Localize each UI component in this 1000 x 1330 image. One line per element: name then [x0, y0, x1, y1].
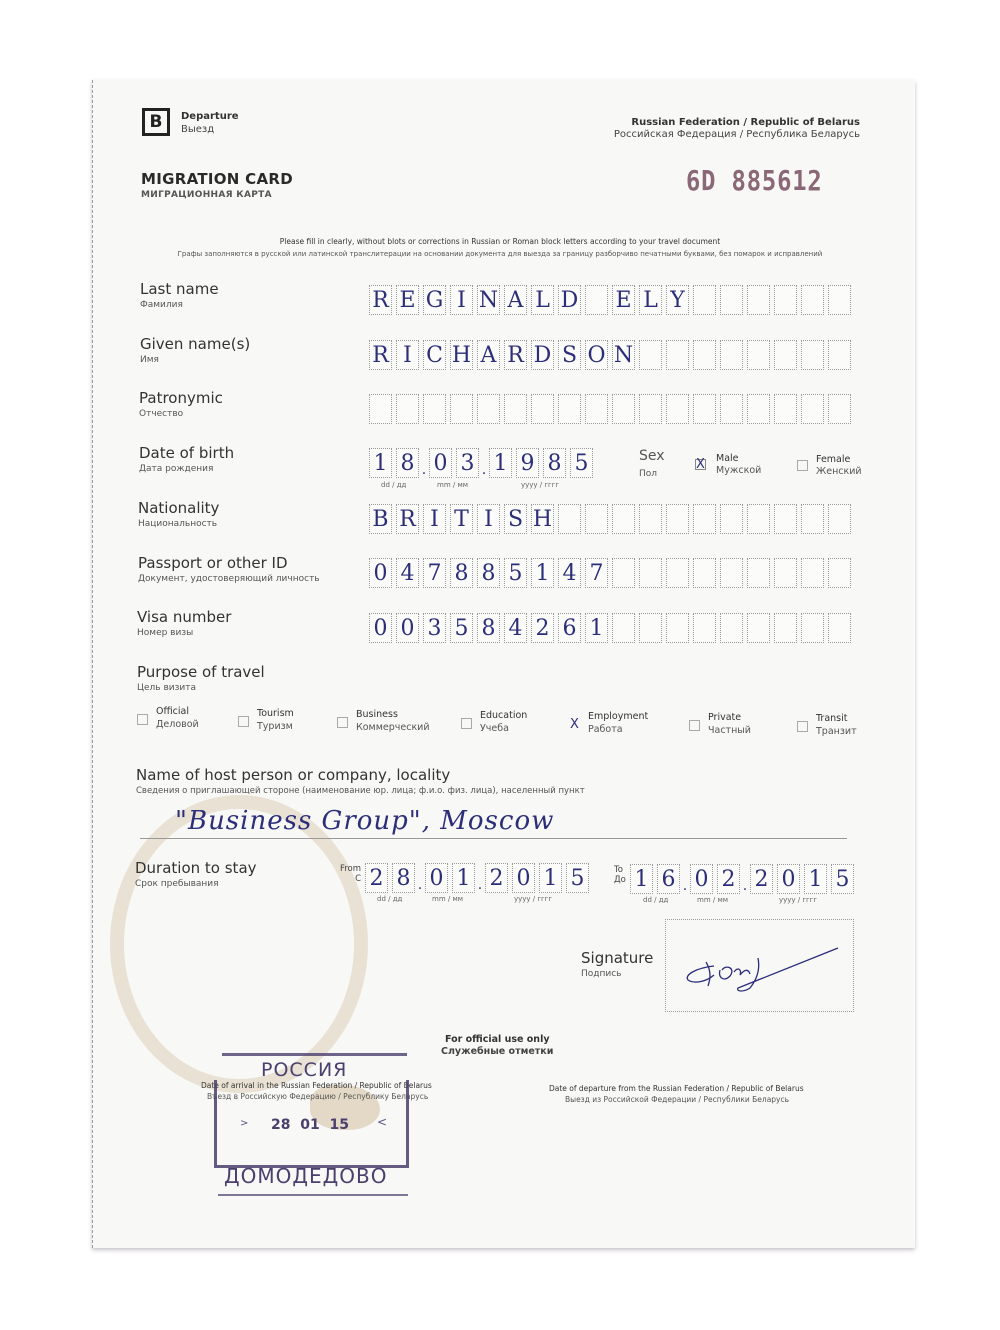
char-cell[interactable]: 2 [531, 613, 554, 643]
female-label: Female [816, 454, 850, 465]
patronymic-label-ru: Отчество [139, 409, 223, 419]
purpose-label-employment: Employment [588, 711, 648, 722]
to-label-group: To До [614, 865, 626, 885]
purpose-label-ru-private: Частный [708, 725, 751, 736]
from-label-ru: С [337, 874, 361, 884]
char-cell[interactable] [639, 558, 662, 588]
char-cell[interactable]: 2 [485, 863, 508, 893]
char-cell[interactable] [801, 504, 824, 534]
char-cell[interactable] [585, 504, 608, 534]
to-day[interactable]: 16 [630, 864, 684, 894]
sex-label: Sex [639, 448, 665, 464]
from-month-format: mm / мм [432, 895, 463, 903]
char-cell[interactable]: 5 [570, 448, 593, 478]
purpose-label-group: Purpose of travel Цель визита [137, 663, 265, 693]
to-date-field[interactable]: 16 . 02 . 2015 [630, 864, 858, 894]
char-cell[interactable]: G [423, 285, 446, 315]
char-cell[interactable] [558, 504, 581, 534]
char-cell[interactable]: L [639, 285, 662, 315]
x-mark-icon: X [696, 458, 705, 471]
char-cell[interactable] [747, 504, 770, 534]
char-cell[interactable]: 7 [423, 558, 446, 588]
char-cell[interactable] [612, 558, 635, 588]
date-separator: . [742, 864, 748, 894]
char-cell[interactable] [774, 504, 797, 534]
char-cell[interactable] [774, 613, 797, 643]
char-cell[interactable]: N [477, 285, 500, 315]
char-cell[interactable]: D [558, 285, 581, 315]
purpose-label-transit: Transit [816, 713, 847, 724]
stamp-country: РОССИЯ [261, 1059, 347, 1081]
char-cell[interactable] [774, 340, 797, 370]
char-cell[interactable] [450, 394, 473, 424]
char-cell[interactable]: 8 [543, 448, 566, 478]
char-cell[interactable] [477, 394, 500, 424]
visa-label: Visa number [137, 608, 231, 626]
char-cell[interactable] [828, 613, 851, 643]
char-cell[interactable]: 1 [804, 864, 827, 894]
signature-scrawl-icon [666, 920, 855, 1013]
patronymic-label-group: Patronymic Отчество [139, 389, 223, 419]
char-cell[interactable]: 5 [504, 558, 527, 588]
char-cell[interactable] [801, 340, 824, 370]
page-title-ru: МИГРАЦИОННАЯ КАРТА [141, 190, 272, 200]
duration-label-ru: Срок пребывания [135, 879, 257, 889]
patronymic-field[interactable] [369, 394, 855, 424]
char-cell[interactable] [828, 504, 851, 534]
char-cell[interactable] [612, 613, 635, 643]
from-date-field[interactable]: 28 . 01 . 2015 [365, 863, 593, 893]
purpose-label-official: Official [156, 706, 189, 717]
to-day-format: dd / дд [643, 896, 668, 904]
char-cell[interactable] [693, 613, 716, 643]
char-cell[interactable]: R [369, 340, 392, 370]
dob-day[interactable]: 18 [369, 448, 423, 478]
purpose-label-ru-transit: Транзит [816, 726, 857, 737]
host-underline [140, 838, 847, 839]
departure-label-ru: Выезд из Российской Федерации / Республи… [565, 1095, 789, 1104]
char-cell[interactable]: 0 [369, 613, 392, 643]
from-year[interactable]: 2015 [485, 863, 593, 893]
char-cell[interactable]: 9 [516, 448, 539, 478]
dob-year[interactable]: 1985 [489, 448, 597, 478]
char-cell[interactable] [747, 340, 770, 370]
char-cell[interactable]: 0 [429, 448, 452, 478]
to-month[interactable]: 02 [690, 864, 744, 894]
char-cell[interactable] [639, 504, 662, 534]
char-cell[interactable]: I [477, 504, 500, 534]
sex-label-ru: Пол [639, 469, 657, 479]
char-cell[interactable] [801, 394, 824, 424]
purpose-checkbox-tourism[interactable] [238, 716, 249, 727]
purpose-label-business: Business [356, 709, 398, 720]
last-name-label-group: Last name Фамилия [140, 280, 219, 310]
male-checkbox[interactable]: X [695, 459, 706, 470]
char-cell[interactable]: R [504, 340, 527, 370]
last-name-label-ru: Фамилия [140, 300, 219, 310]
purpose-checkbox-official[interactable] [137, 714, 148, 725]
char-cell[interactable] [639, 394, 662, 424]
char-cell[interactable] [693, 504, 716, 534]
char-cell[interactable] [693, 558, 716, 588]
char-cell[interactable] [828, 340, 851, 370]
host-label-group: Name of host person or company, locality… [136, 766, 585, 796]
from-label: From [337, 864, 361, 874]
char-cell[interactable]: 1 [369, 448, 392, 478]
char-cell[interactable] [585, 285, 608, 315]
direction-label-ru: Выезд [181, 124, 214, 135]
nationality-label: Nationality [138, 499, 219, 517]
char-cell[interactable]: 3 [456, 448, 479, 478]
dob-month[interactable]: 03 [429, 448, 483, 478]
char-cell[interactable] [720, 504, 743, 534]
char-cell[interactable]: E [396, 285, 419, 315]
host-label-ru: Сведения о приглашающей стороне (наимено… [136, 786, 585, 796]
instructions: Please fill in clearly, without blots or… [0, 237, 1000, 246]
char-cell[interactable] [828, 394, 851, 424]
char-cell[interactable] [693, 340, 716, 370]
char-cell[interactable]: 2 [750, 864, 773, 894]
char-cell[interactable]: R [396, 504, 419, 534]
purpose-label-private: Private [708, 712, 741, 723]
char-cell[interactable]: 0 [369, 558, 392, 588]
char-cell[interactable] [666, 613, 689, 643]
coffee-stain [110, 795, 368, 1093]
char-cell[interactable] [774, 394, 797, 424]
char-cell[interactable]: 4 [396, 558, 419, 588]
signature-label-group: Signature Подпись [581, 949, 653, 979]
char-cell[interactable] [639, 613, 662, 643]
purpose-label-ru: Цель визита [137, 683, 265, 693]
nationality-label-group: Nationality Национальность [138, 499, 219, 529]
char-cell[interactable]: B [369, 504, 392, 534]
departure-label: Date of departure from the Russian Feder… [549, 1084, 804, 1093]
char-cell[interactable] [801, 558, 824, 588]
char-cell[interactable]: 6 [657, 864, 680, 894]
signature-label: Signature [581, 949, 653, 967]
from-year-format: yyyy / гггг [514, 895, 552, 903]
stamp-bottom-line [218, 1194, 408, 1196]
char-cell[interactable]: L [531, 285, 554, 315]
char-cell[interactable] [423, 394, 446, 424]
char-cell[interactable]: N [612, 340, 635, 370]
char-cell[interactable]: 8 [396, 448, 419, 478]
char-cell[interactable] [504, 394, 527, 424]
nationality-field[interactable]: BRITISH [369, 504, 855, 534]
char-cell[interactable] [666, 558, 689, 588]
from-month[interactable]: 01 [425, 863, 479, 893]
char-cell[interactable]: A [504, 285, 527, 315]
given-name-label-ru: Имя [140, 355, 250, 365]
male-label-ru: Мужской [716, 465, 761, 476]
patronymic-label: Patronymic [139, 389, 223, 407]
char-cell[interactable] [639, 340, 662, 370]
char-cell[interactable] [747, 613, 770, 643]
visa-field[interactable]: 003584261 [369, 613, 855, 643]
dob-month-format: mm / мм [437, 481, 468, 489]
char-cell[interactable] [666, 394, 689, 424]
serial-number: 6D 885612 [686, 164, 823, 197]
char-cell[interactable]: 2 [365, 863, 388, 893]
char-cell[interactable] [801, 613, 824, 643]
char-cell[interactable] [666, 340, 689, 370]
purpose-label-ru-official: Деловой [156, 719, 199, 730]
departure-logo: B [142, 108, 170, 136]
dob-field[interactable]: 18 . 03 . 1985 [369, 448, 597, 478]
dob-day-format: dd / дд [381, 481, 406, 489]
char-cell[interactable]: R [369, 285, 392, 315]
direction-label: Departure [181, 111, 239, 122]
dob-year-format: yyyy / гггг [521, 481, 559, 489]
char-cell[interactable]: H [450, 340, 473, 370]
male-label: Male [716, 453, 739, 464]
dob-label-ru: Дата рождения [139, 464, 234, 474]
char-cell[interactable]: 8 [450, 558, 473, 588]
char-cell[interactable]: 5 [566, 863, 589, 893]
char-cell[interactable] [801, 285, 824, 315]
char-cell[interactable]: 5 [831, 864, 854, 894]
from-label-group: From С [337, 864, 361, 884]
female-label-ru: Женский [816, 466, 862, 477]
country-label-ru: Российская Федерация / Республика Белару… [614, 129, 860, 140]
purpose-label-education: Education [480, 710, 527, 721]
purpose-checkbox-education[interactable] [461, 718, 472, 729]
char-cell[interactable] [720, 394, 743, 424]
char-cell[interactable]: E [612, 285, 635, 315]
char-cell[interactable]: 0 [396, 613, 419, 643]
official-use-label-ru: Служебные отметки [441, 1046, 553, 1057]
char-cell[interactable]: 1 [630, 864, 653, 894]
char-cell[interactable]: H [531, 504, 554, 534]
char-cell[interactable]: I [450, 285, 473, 315]
char-cell[interactable] [720, 340, 743, 370]
char-cell[interactable]: Y [666, 285, 689, 315]
host-label: Name of host person or company, locality [136, 766, 585, 784]
date-separator: . [481, 448, 487, 478]
char-cell[interactable]: T [450, 504, 473, 534]
dob-label-group: Date of birth Дата рождения [139, 444, 234, 474]
purpose-checkbox-business[interactable] [337, 717, 348, 728]
purpose-label-ru-education: Учеба [480, 723, 509, 734]
date-separator: . [421, 448, 427, 478]
char-cell[interactable] [558, 394, 581, 424]
char-cell[interactable] [693, 285, 716, 315]
from-day[interactable]: 28 [365, 863, 419, 893]
host-value[interactable]: "Business Group", Moscow [175, 806, 554, 836]
char-cell[interactable]: I [423, 504, 446, 534]
char-cell[interactable] [774, 558, 797, 588]
stamp-arrow-right: < [377, 1115, 387, 1129]
char-cell[interactable] [720, 613, 743, 643]
to-month-format: mm / мм [697, 896, 728, 904]
char-cell[interactable] [693, 394, 716, 424]
char-cell[interactable] [585, 394, 608, 424]
char-cell[interactable] [828, 558, 851, 588]
char-cell[interactable] [612, 504, 635, 534]
char-cell[interactable]: 3 [423, 613, 446, 643]
stamp-arrow-left: > [240, 1118, 248, 1129]
given-name-field[interactable]: RICHARDSON [369, 340, 855, 370]
char-cell[interactable] [396, 394, 419, 424]
instructions-ru: Графы заполняются в русской или латинско… [0, 250, 1000, 258]
char-cell[interactable]: S [558, 340, 581, 370]
char-cell[interactable]: C [423, 340, 446, 370]
char-cell[interactable]: 6 [558, 613, 581, 643]
stamp-top-line [222, 1053, 407, 1056]
passport-label: Passport or other ID [138, 554, 320, 572]
to-year-format: yyyy / гггг [779, 896, 817, 904]
to-year[interactable]: 2015 [750, 864, 858, 894]
duration-label-group: Duration to stay Срок пребывания [135, 859, 257, 889]
char-cell[interactable]: I [396, 340, 419, 370]
official-use-label: For official use only [445, 1034, 550, 1045]
char-cell[interactable]: 1 [539, 863, 562, 893]
char-cell[interactable] [774, 285, 797, 315]
to-label: To [614, 865, 626, 875]
char-cell[interactable] [747, 285, 770, 315]
char-cell[interactable]: 4 [504, 613, 527, 643]
char-cell[interactable]: 7 [585, 558, 608, 588]
visa-label-ru: Номер визы [137, 628, 231, 638]
char-cell[interactable]: 0 [690, 864, 713, 894]
char-cell[interactable]: 1 [489, 448, 512, 478]
char-cell[interactable]: 5 [450, 613, 473, 643]
page-title: MIGRATION CARD [141, 170, 293, 188]
char-cell[interactable]: 8 [392, 863, 415, 893]
char-cell[interactable]: A [477, 340, 500, 370]
last-name-label: Last name [140, 280, 219, 298]
given-name-label-group: Given name(s) Имя [140, 335, 250, 365]
char-cell[interactable]: 2 [717, 864, 740, 894]
char-cell[interactable] [747, 558, 770, 588]
purpose-checkbox-transit[interactable] [797, 721, 808, 732]
signature-box[interactable] [665, 919, 854, 1012]
from-day-format: dd / дд [377, 895, 402, 903]
passport-field[interactable]: 047885147 [369, 558, 855, 588]
char-cell[interactable]: O [585, 340, 608, 370]
date-separator: . [417, 863, 423, 893]
char-cell[interactable]: 1 [452, 863, 475, 893]
dob-label: Date of birth [139, 444, 234, 462]
female-checkbox[interactable] [797, 460, 808, 471]
date-separator: . [477, 863, 483, 893]
stamp-airport: ДОМОДЕДОВО [224, 1164, 387, 1188]
char-cell[interactable] [720, 558, 743, 588]
char-cell[interactable]: 0 [425, 863, 448, 893]
given-name-label: Given name(s) [140, 335, 250, 353]
char-cell[interactable]: 1 [585, 613, 608, 643]
purpose-label: Purpose of travel [137, 663, 265, 681]
char-cell[interactable]: 8 [477, 558, 500, 588]
to-label-ru: До [614, 875, 626, 885]
char-cell[interactable]: 4 [558, 558, 581, 588]
purpose-label-ru-employment: Работа [588, 724, 623, 735]
purpose-label-ru-business: Коммерческий [356, 722, 430, 733]
stamp-date: 28 01 15 [271, 1117, 349, 1133]
last-name-field[interactable]: REGINALDELY [369, 285, 855, 315]
char-cell[interactable] [828, 285, 851, 315]
char-cell[interactable]: S [504, 504, 527, 534]
char-cell[interactable] [531, 394, 554, 424]
date-separator: . [682, 864, 688, 894]
country-label: Russian Federation / Republic of Belarus [631, 117, 860, 128]
char-cell[interactable]: 8 [477, 613, 500, 643]
purpose-checkbox-employment[interactable]: X [569, 719, 580, 730]
char-cell[interactable]: 0 [777, 864, 800, 894]
purpose-label-ru-tourism: Туризм [257, 721, 293, 732]
purpose-checkbox-private[interactable] [689, 720, 700, 731]
passport-label-ru: Документ, удостоверяющий личность [138, 574, 320, 584]
duration-label: Duration to stay [135, 859, 257, 877]
purpose-label-tourism: Tourism [257, 708, 294, 719]
char-cell[interactable] [747, 394, 770, 424]
char-cell[interactable] [612, 394, 635, 424]
signature-label-ru: Подпись [581, 969, 653, 979]
char-cell[interactable] [666, 504, 689, 534]
char-cell[interactable]: 0 [512, 863, 535, 893]
char-cell[interactable]: D [531, 340, 554, 370]
visa-label-group: Visa number Номер визы [137, 608, 231, 638]
passport-label-group: Passport or other ID Документ, удостовер… [138, 554, 320, 584]
char-cell[interactable] [369, 394, 392, 424]
char-cell[interactable]: 1 [531, 558, 554, 588]
nationality-label-ru: Национальность [138, 519, 219, 529]
char-cell[interactable] [720, 285, 743, 315]
